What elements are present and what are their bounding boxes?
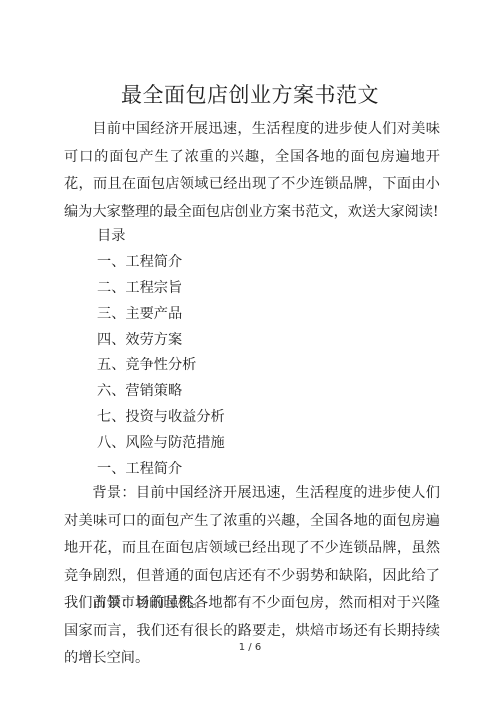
prospect-paragraph: 前景：目前虽然各地都有不少面包房，然而相对于兴隆国家而言，我们还有很长的路要走，… [64, 590, 440, 673]
document-page: 最全面包店创业方案书范文 目前中国经济开展迅速，生活程度的进步使人们对美味可口的… [0, 0, 500, 708]
toc-item: 一、工程简介 [97, 252, 182, 272]
document-title: 最全面包店创业方案书范文 [0, 80, 500, 110]
toc-heading: 目录 [97, 226, 125, 246]
toc-item: 四、效劳方案 [97, 330, 182, 350]
toc-item: 七、投资与收益分析 [97, 407, 225, 427]
section-heading: 一、工程简介 [97, 459, 182, 479]
page-indicator: 1 / 6 [0, 642, 500, 653]
toc-item: 八、风险与防范措施 [97, 433, 225, 453]
toc-item: 三、主要产品 [97, 304, 182, 324]
intro-paragraph: 目前中国经济开展迅速，生活程度的进步使人们对美味可口的面包产生了浓重的兴趣，全国… [64, 116, 440, 226]
toc-item: 六、营销策略 [97, 381, 182, 401]
toc-item: 二、工程宗旨 [97, 278, 182, 298]
toc-item: 五、竞争性分析 [97, 355, 196, 375]
